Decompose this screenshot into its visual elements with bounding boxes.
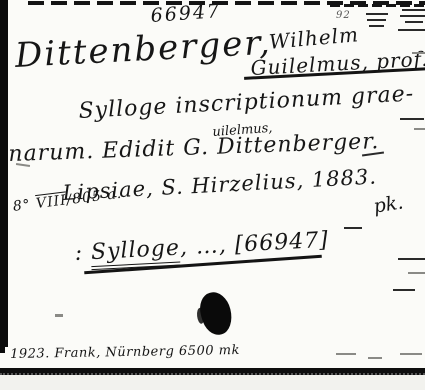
cross-reference-prefix: : bbox=[74, 241, 84, 266]
shelfmark-copy: a. bbox=[106, 186, 123, 204]
scan-artifact bbox=[400, 118, 424, 120]
cross-reference-separator: , …, bbox=[179, 233, 227, 260]
scan-artifact bbox=[344, 227, 362, 229]
scan-artifact bbox=[393, 289, 415, 291]
scan-margin bbox=[0, 375, 425, 390]
shelfmark-series: VIII bbox=[35, 192, 67, 212]
scan-artifact bbox=[412, 52, 425, 54]
card-top-edge-fragment bbox=[330, 4, 425, 7]
binding-note: pk. bbox=[372, 191, 405, 217]
scan-artifact bbox=[400, 353, 422, 355]
scan-artifact bbox=[366, 13, 388, 15]
scan-artifact bbox=[414, 128, 425, 130]
scan-artifact bbox=[368, 357, 382, 359]
title-line-2: narum. Edidit G. Dittenberger. bbox=[8, 129, 380, 167]
scan-artifact bbox=[367, 19, 386, 21]
scan-artifact bbox=[400, 15, 425, 17]
acquisition-note: 1923. Frank, Nürnberg 6500 mk bbox=[10, 343, 240, 362]
card-left-edge bbox=[0, 0, 8, 347]
card-bottom-edge bbox=[0, 368, 425, 375]
shelfmark-format: 8° bbox=[12, 197, 32, 215]
author-forename-revised: Wilhelm bbox=[268, 22, 360, 54]
scan-artifact bbox=[402, 9, 425, 11]
scan-artifact bbox=[336, 353, 356, 355]
accession-number: 66947 bbox=[150, 0, 222, 27]
scan-artifact bbox=[398, 29, 425, 31]
scan-artifact bbox=[405, 21, 423, 23]
ink-blob bbox=[196, 289, 236, 338]
card-left-edge-tail bbox=[0, 345, 5, 353]
corner-mark: 92 bbox=[336, 10, 351, 21]
title-line-1: Sylloge inscriptionum grae- bbox=[78, 81, 415, 124]
scan-artifact bbox=[55, 314, 63, 317]
cross-reference-number: [66947] bbox=[234, 228, 329, 258]
scan-artifact bbox=[398, 258, 425, 260]
cross-reference: : Sylloge, …, [66947] bbox=[74, 228, 329, 266]
author-surname: Dittenberger, bbox=[14, 23, 273, 76]
scan-artifact bbox=[369, 25, 384, 27]
scan-artifact bbox=[408, 272, 425, 274]
catalog-card-scan: 66947 92 Dittenberger, Wilhelm Guilelmus… bbox=[0, 0, 425, 390]
shelfmark-number: /805 bbox=[66, 188, 103, 208]
